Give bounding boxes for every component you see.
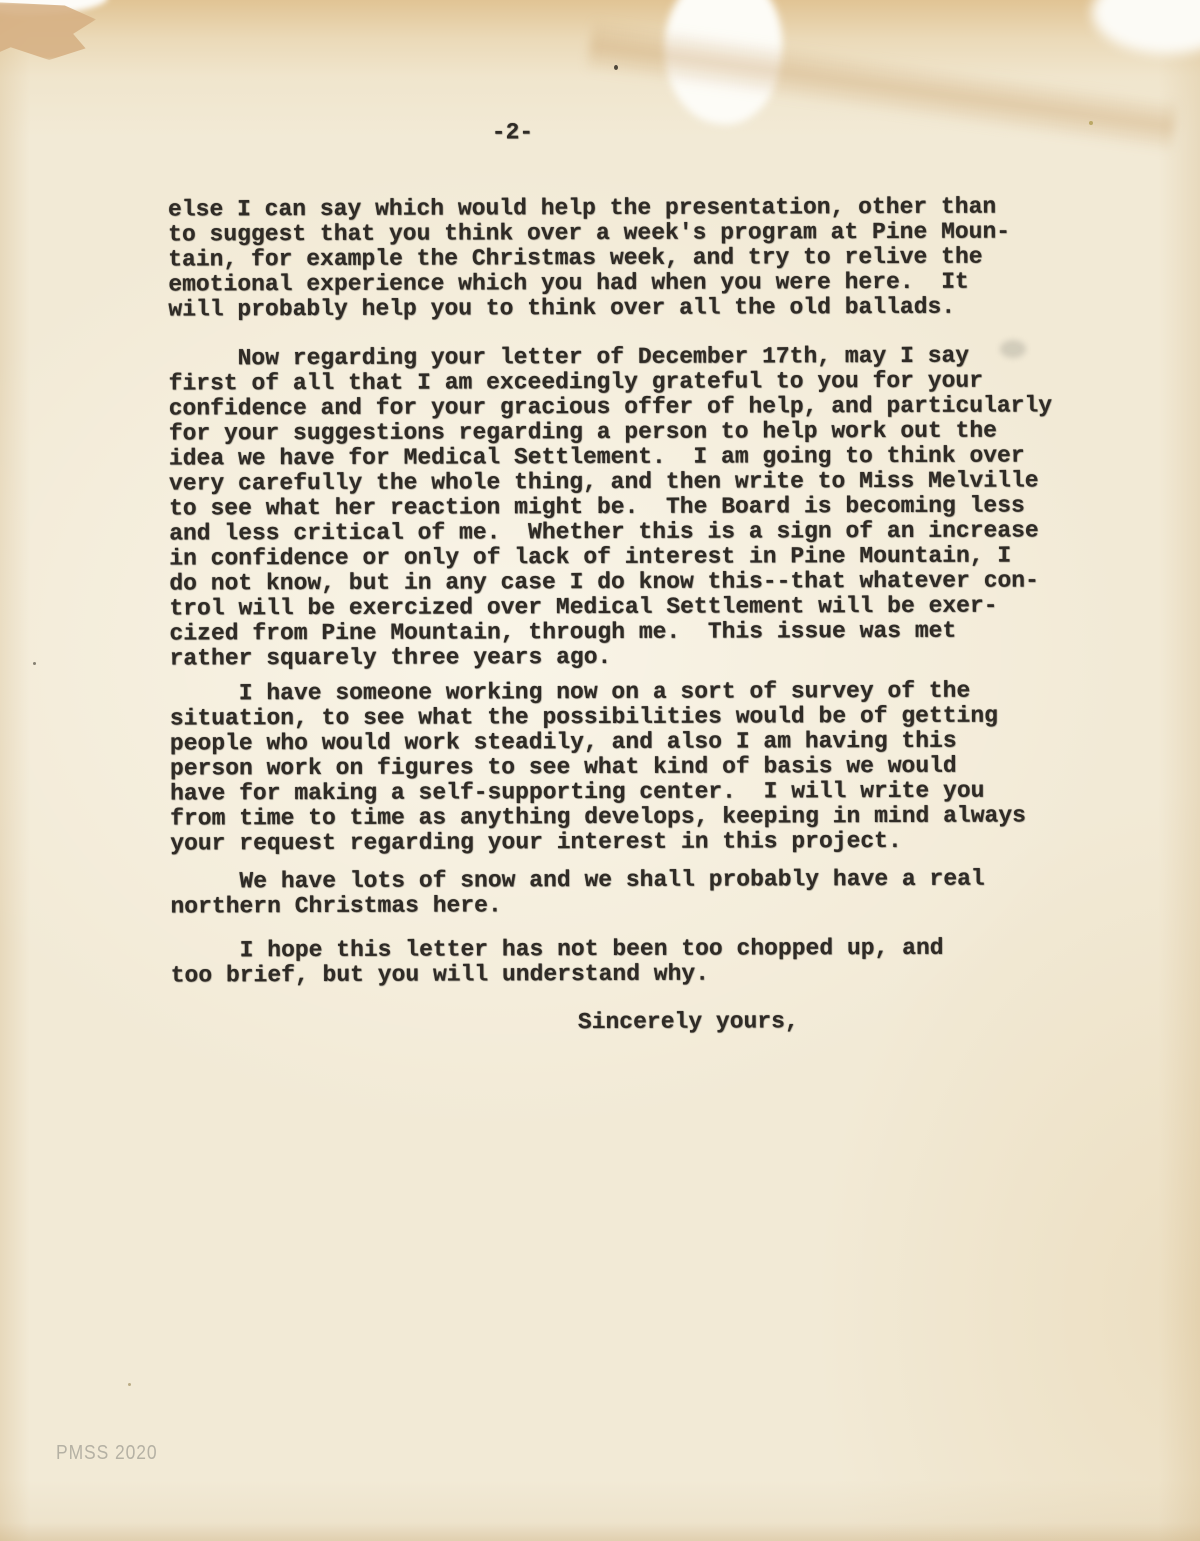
letter-paragraph: else I can say which would help the pres… [168, 195, 1010, 323]
letter-paragraph: Now regarding your letter of December 17… [169, 343, 1053, 671]
typewritten-content: -2- else I can say which would help the … [0, 0, 1200, 1541]
page-number: -2- [492, 120, 534, 145]
scanned-letter-page: -2- else I can say which would help the … [0, 0, 1200, 1541]
letter-closing: Sincerely yours, [578, 1009, 799, 1035]
letter-paragraph: We have lots of snow and we shall probab… [170, 867, 985, 920]
letter-paragraph: I hope this letter has not been too chop… [171, 936, 944, 989]
letter-paragraph: I have someone working now on a sort of … [170, 679, 1026, 857]
watermark: PMSS 2020 [56, 1442, 158, 1465]
